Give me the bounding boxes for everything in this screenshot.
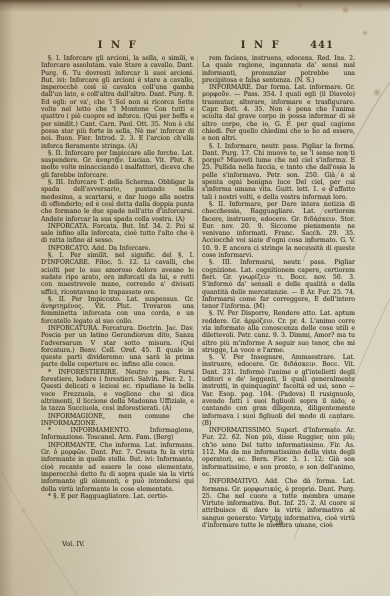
foxing-spot bbox=[362, 30, 368, 36]
book-page-scan: I N F I N F 441 §. I. Inforcare gli arci… bbox=[0, 0, 390, 596]
foxing-spot bbox=[341, 6, 350, 14]
page-curl-lines bbox=[0, 0, 390, 596]
foxing-spot bbox=[20, 508, 26, 514]
foxing-spot bbox=[373, 88, 381, 97]
foxing-spot bbox=[296, 2, 303, 8]
